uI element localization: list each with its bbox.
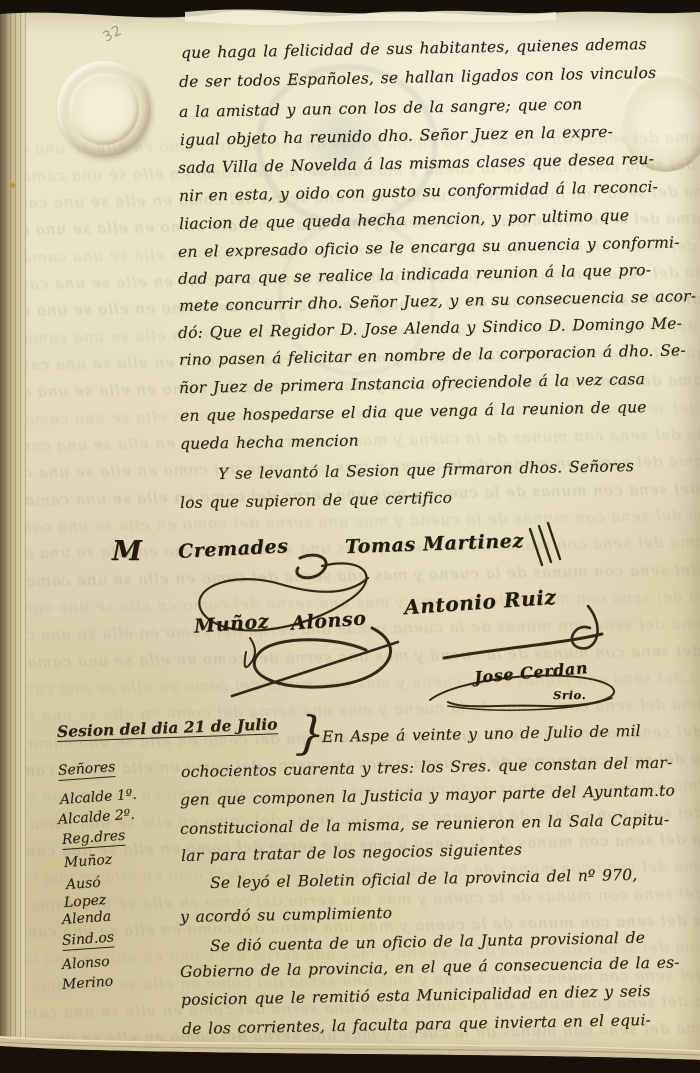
margin-attendee: Alonso — [61, 954, 110, 973]
manuscript-line: que haga la felicidad de sus habitantes,… — [181, 35, 647, 62]
margin-attendee: Muñoz — [63, 852, 112, 871]
margin-attendee: Merino — [61, 973, 113, 993]
margin-attendee: Alenda — [61, 909, 111, 928]
manuscript-line: Y se levantó la Sesion que firmaron dhos… — [218, 457, 634, 483]
signature: Antonio Ruiz — [403, 585, 557, 620]
manuscript-line: nir en esta, y oido con gusto su conform… — [179, 178, 658, 205]
margin-header: Señores — [57, 759, 116, 781]
manuscript-line: Gobierno de la provincia, en el que á co… — [180, 953, 680, 981]
paper-speck — [11, 183, 15, 188]
manuscript-line: en el expresado oficio se le encarga su … — [178, 233, 680, 261]
manuscript-line: mete concurrir dho. Señor Juez, y en su … — [179, 287, 696, 315]
signature: Jose Cerdan — [473, 658, 588, 687]
manuscript-line: queda hecha mencion — [180, 432, 359, 453]
handwritten-text-layer: que haga la felicidad de sus habitantes,… — [0, 6, 700, 1050]
manuscript-page: se una cama del sena con munas de la cue… — [0, 6, 700, 1050]
session-heading: Sesion del dia 21 de Julio — [57, 714, 278, 742]
manuscript-line: Se leyó el Boletin oficial de la provinc… — [210, 866, 638, 892]
margin-attendee: Alcalde 2º. — [57, 807, 135, 828]
margin-attendee: Lopez — [63, 892, 106, 911]
margin-attendee: Reg.dres — [61, 828, 125, 850]
manuscript-line: lar para tratar de los negocios siguient… — [181, 840, 522, 865]
manuscript-line: posicion que le remitió esta Municipalid… — [181, 982, 651, 1009]
manuscript-line: Se dió cuenta de un oficio de la Junta p… — [210, 929, 645, 955]
manuscript-line: dó: Que el Regidor D. Jose Alenda y Sind… — [178, 314, 682, 342]
manuscript-line: gen que componen la Justicia y mayor par… — [180, 781, 675, 809]
manuscript-line: igual objeto ha reunido dho. Señor Juez … — [180, 123, 613, 149]
signature: Alonso — [290, 607, 367, 634]
margin-attendee: Alcalde 1º. — [59, 787, 137, 808]
manuscript-line: de ser todos Españoles, se hallan ligado… — [179, 64, 656, 91]
signature: Muñoz — [193, 610, 269, 637]
manuscript-line: a la amistad y aun con los de la sangre;… — [179, 95, 583, 121]
manuscript-line: sada Villa de Novelda á las mismas clase… — [178, 150, 654, 177]
signature: Cremades — [178, 535, 290, 563]
margin-attendee: Ausó — [65, 875, 101, 893]
manuscript-line: constitucional de la misma, se reunieron… — [180, 811, 670, 838]
signature-secretary-abbrev: Srio. — [553, 688, 586, 702]
manuscript-line: ochocientos cuarenta y tres: los Sres. q… — [181, 754, 673, 781]
manuscript-line: los que supieron de que certifico — [180, 489, 452, 512]
margin-attendee: Sind.os — [61, 929, 114, 951]
manuscript-line: dad para que se realice la indicada reun… — [178, 261, 651, 288]
manuscript-line: en que hospedarse el dia que venga á la … — [180, 398, 647, 425]
manuscript-line: de los corrientes, la faculta para que i… — [182, 1011, 651, 1038]
manuscript-line: liacion de que queda hecha mencion, y po… — [179, 206, 629, 233]
book-page-edges-left — [0, 0, 27, 1073]
manuscript-line: rino pasen á felicitar en nombre de la c… — [179, 341, 686, 369]
manuscript-line: ñor Juez de primera Instancia ofreciendo… — [179, 370, 645, 397]
manuscript-photo: se una cama del sena con munas de la cue… — [0, 0, 700, 1073]
manuscript-line: En Aspe á veinte y uno de Julio de mil — [322, 722, 641, 746]
signature: Tomas Martinez — [345, 530, 524, 558]
manuscript-line: y acordó su cumplimiento — [180, 904, 393, 926]
signature-initial: M — [112, 536, 143, 567]
